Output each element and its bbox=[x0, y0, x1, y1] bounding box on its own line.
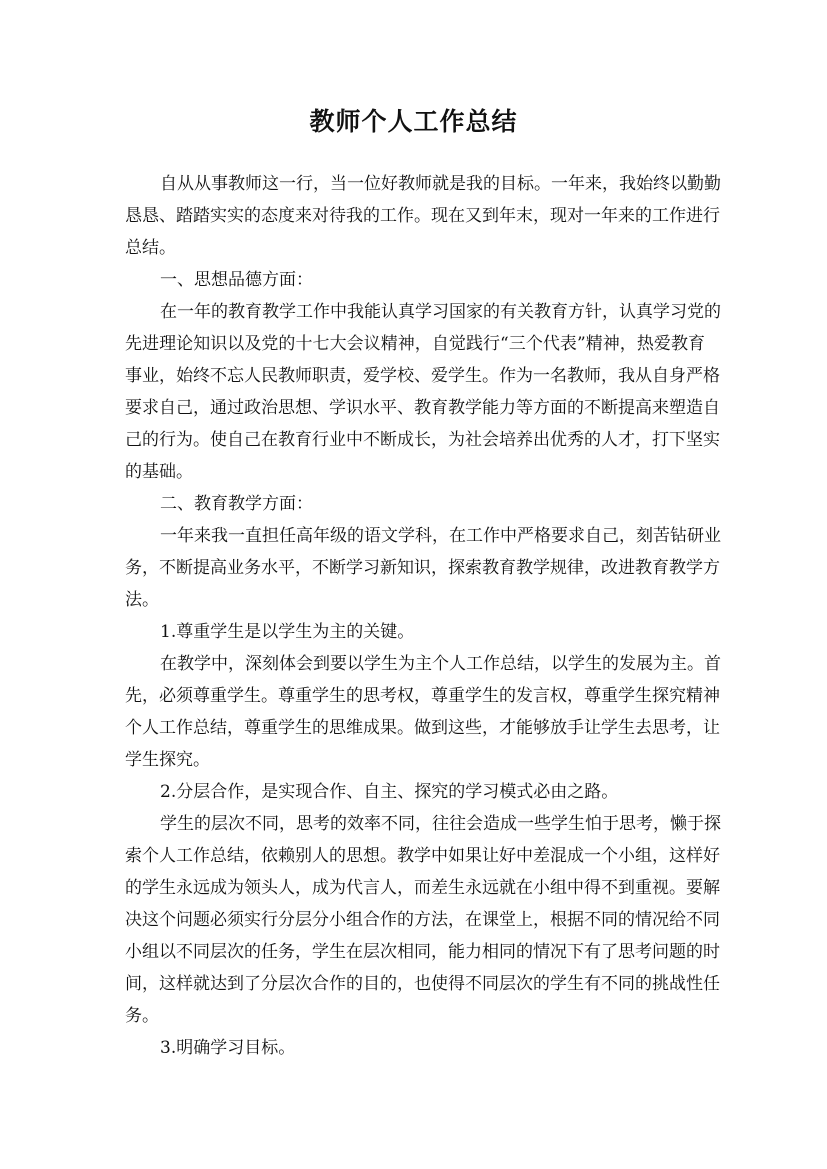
text-line: 要求自己，通过政治思想、学识水平、教育教学能力等方面的不断提高来塑造自 bbox=[125, 392, 705, 424]
text-line: 2.分层合作，是实现合作、自主、探究的学习模式必由之路。 bbox=[125, 776, 705, 808]
text-line: 学生的层次不同，思考的效率不同，往往会造成一些学生怕于思考，懒于探 bbox=[125, 808, 705, 840]
text-line: 3.明确学习目标。 bbox=[125, 1032, 705, 1064]
document-title: 教师个人工作总结 bbox=[0, 104, 827, 140]
text-line: 在教学中，深刻体会到要以学生为主个人工作总结，以学生的发展为主。首 bbox=[125, 648, 705, 680]
text-line: 一、思想品德方面： bbox=[125, 264, 705, 296]
text-line: 总结。 bbox=[125, 232, 705, 264]
text-line: 先进理论知识以及党的十七大会议精神，自觉践行“三个代表”精神，热爱教育 bbox=[125, 328, 705, 360]
text-line: 间，这样就达到了分层次合作的目的，也使得不同层次的学生有不同的挑战性任 bbox=[125, 968, 705, 1000]
text-line: 个人工作总结，尊重学生的思维成果。做到这些，才能够放手让学生去思考，让 bbox=[125, 712, 705, 744]
text-line: 二、教育教学方面： bbox=[125, 488, 705, 520]
text-line: 1.尊重学生是以学生为主的关键。 bbox=[125, 616, 705, 648]
text-line: 决这个问题必须实行分层分小组合作的方法，在课堂上，根据不同的情况给不同 bbox=[125, 904, 705, 936]
text-line: 己的行为。使自己在教育行业中不断成长，为社会培养出优秀的人才，打下坚实 bbox=[125, 424, 705, 456]
document-body: 自从从事教师这一行，当一位好教师就是我的目标。一年来，我始终以勤勤恳恳、踏踏实实… bbox=[125, 168, 705, 1064]
text-line: 的基础。 bbox=[125, 456, 705, 488]
text-line: 恳恳、踏踏实实的态度来对待我的工作。现在又到年末，现对一年来的工作进行 bbox=[125, 200, 705, 232]
text-line: 小组以不同层次的任务，学生在层次相同，能力相同的情况下有了思考问题的时 bbox=[125, 936, 705, 968]
text-line: 在一年的教育教学工作中我能认真学习国家的有关教育方针，认真学习党的 bbox=[125, 296, 705, 328]
text-line: 自从从事教师这一行，当一位好教师就是我的目标。一年来，我始终以勤勤 bbox=[125, 168, 705, 200]
text-line: 索个人工作总结，依赖别人的思想。教学中如果让好中差混成一个小组，这样好 bbox=[125, 840, 705, 872]
text-line: 一年来我一直担任高年级的语文学科，在工作中严格要求自己，刻苦钻研业 bbox=[125, 520, 705, 552]
text-line: 先，必须尊重学生。尊重学生的思考权，尊重学生的发言权，尊重学生探究精神 bbox=[125, 680, 705, 712]
text-line: 务，不断提高业务水平，不断学习新知识，探索教育教学规律，改进教育教学方 bbox=[125, 552, 705, 584]
text-line: 事业，始终不忘人民教师职责，爱学校、爱学生。作为一名教师，我从自身严格 bbox=[125, 360, 705, 392]
text-line: 的学生永远成为领头人，成为代言人，而差生永远就在小组中得不到重视。要解 bbox=[125, 872, 705, 904]
document-page: 教师个人工作总结 自从从事教师这一行，当一位好教师就是我的目标。一年来，我始终以… bbox=[0, 0, 827, 1169]
text-line: 务。 bbox=[125, 1000, 705, 1032]
text-line: 法。 bbox=[125, 584, 705, 616]
text-line: 学生探究。 bbox=[125, 744, 705, 776]
